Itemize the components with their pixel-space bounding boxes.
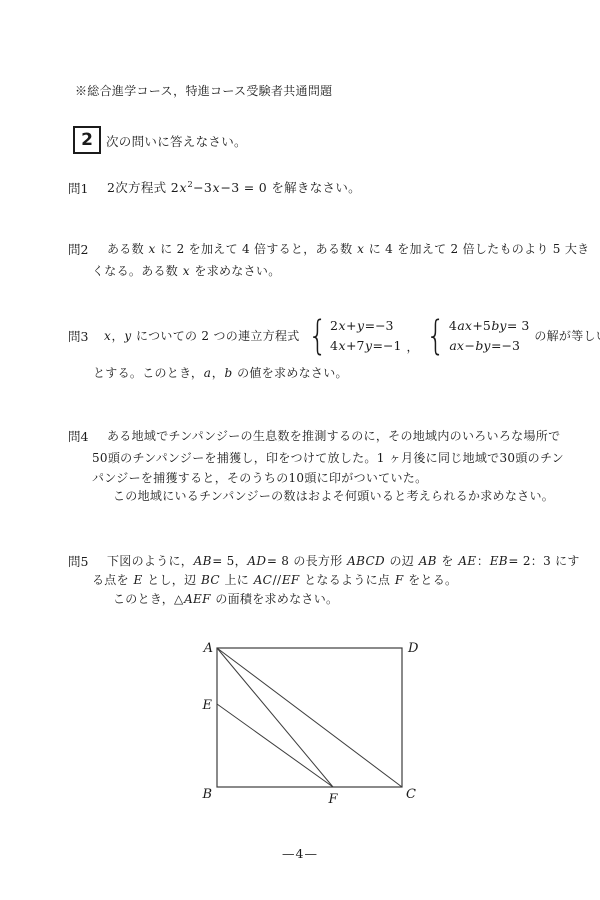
q4-line2: 50頭のチンパンジーを捕獲し，印をつけて放した。1 ヶ月後に同じ地域で30頭のチ… bbox=[92, 449, 564, 467]
figure-label-d: D bbox=[407, 641, 419, 656]
q2-label: 問2 bbox=[68, 240, 88, 258]
q2-line1: ある数 x に 2 を加えて 4 倍すると，ある数 x に 4 を加えて 2 倍… bbox=[107, 240, 589, 258]
geometry-figure: A D E B F C bbox=[188, 630, 428, 810]
q1-label: 問1 bbox=[68, 179, 88, 197]
q4-line3: パンジーを捕獲すると，そのうちの10頭に印がついていた。 bbox=[92, 469, 427, 487]
q3-label: 問3 bbox=[68, 327, 88, 345]
line-EF bbox=[217, 704, 333, 787]
figure-label-f: F bbox=[327, 792, 338, 807]
q3-sys1-eq1: 2x+y=−3 bbox=[330, 318, 401, 334]
left-brace: { bbox=[308, 316, 327, 356]
page-number: —4— bbox=[0, 846, 600, 861]
section-number: 2 bbox=[81, 130, 93, 150]
q5-line3: このとき，△AEF の面積を求めなさい。 bbox=[113, 590, 338, 608]
exam-page: ※総合進学コース，特進コース受験者共通問題 2 次の問いに答えなさい。 問1 2… bbox=[0, 0, 600, 900]
q3-sys1-eq2: 4x+7y=−1 bbox=[330, 338, 401, 354]
figure-label-b: B bbox=[201, 787, 212, 802]
q3-line2: とする。このとき，a，b の値を求めなさい。 bbox=[93, 364, 348, 382]
q3-system-1: { 2x+y=−3 4x+7y=−1 bbox=[305, 316, 402, 356]
line-AC bbox=[217, 648, 402, 787]
header-note: ※総合進学コース，特進コース受験者共通問題 bbox=[75, 82, 332, 100]
section-number-box: 2 bbox=[73, 126, 101, 154]
figure-label-c: C bbox=[406, 787, 416, 802]
q3-after: の解が等しい bbox=[534, 327, 600, 345]
q3-sys2-eq2: ax−by=−3 bbox=[449, 338, 529, 354]
figure-label-a: A bbox=[203, 641, 213, 656]
q3-intro: x，y についての 2 つの連立方程式 bbox=[103, 327, 299, 345]
q5-line1: 下図のように，AB= 5，AD= 8 の長方形 ABCD の辺 AB を AE：… bbox=[107, 552, 580, 570]
q5-line2: る点を E とし，辺 BC 上に AC//EF となるように点 F をとる。 bbox=[92, 571, 457, 589]
q3-system-2: { 4ax+5by= 3 ax−by=−3 bbox=[423, 316, 529, 356]
q3-sys2-eq1: 4ax+5by= 3 bbox=[449, 318, 529, 334]
q3-comma: ， bbox=[406, 338, 418, 359]
section-instruction: 次の問いに答えなさい。 bbox=[106, 133, 247, 152]
q5-label: 問5 bbox=[68, 552, 88, 570]
figure-label-e: E bbox=[202, 698, 213, 713]
q3-row: 問3 x，y についての 2 つの連立方程式 { 2x+y=−3 4x+7y=−… bbox=[68, 313, 600, 359]
q4-line4: この地域にいるチンパンジーの数はおよそ何頭いると考えられるか求めなさい。 bbox=[113, 487, 554, 505]
q2-line2: くなる。ある数 x を求めなさい。 bbox=[92, 262, 281, 280]
q4-label: 問4 bbox=[68, 427, 88, 445]
q1-text: 2次方程式 2x2−3x−3 = 0 を解きなさい。 bbox=[107, 179, 361, 198]
left-brace: { bbox=[427, 316, 446, 356]
q4-line1: ある地域でチンパンジーの生息数を推測するのに，その地域内のいろいろな場所で bbox=[107, 427, 560, 445]
line-AF bbox=[217, 648, 333, 787]
